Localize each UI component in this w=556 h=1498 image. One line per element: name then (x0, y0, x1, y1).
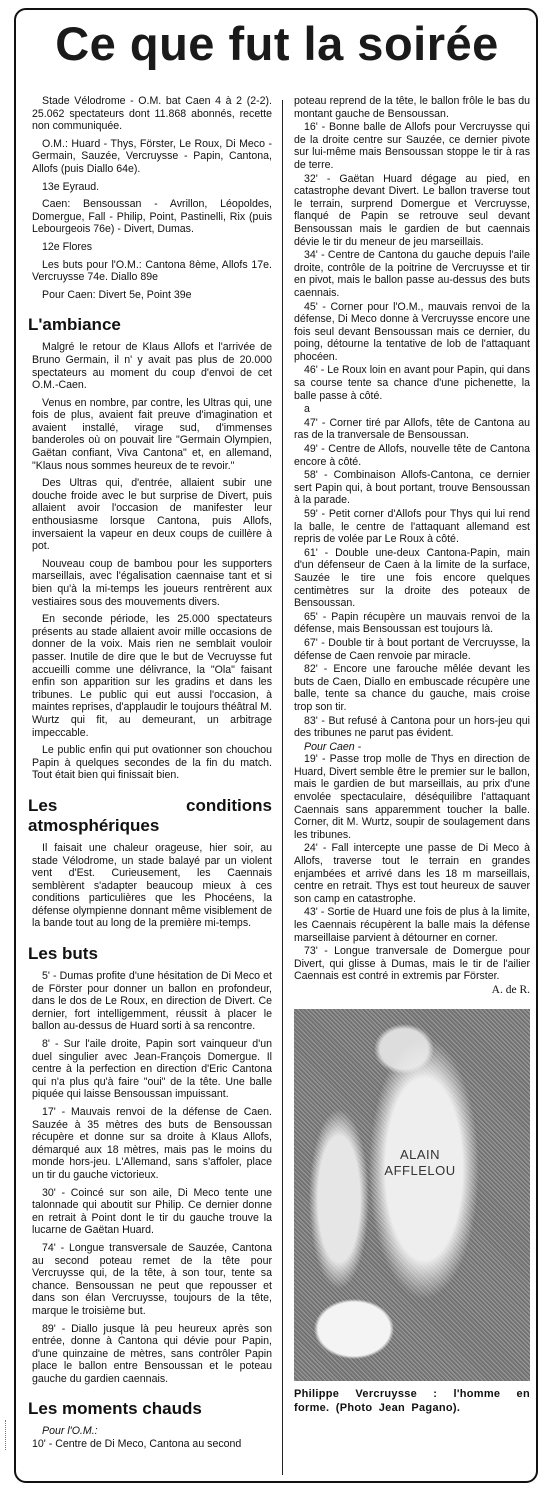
om-goals: Les buts pour l'O.M.: Cantona 8ème, Allo… (32, 259, 272, 284)
author-signature: A. de R. (294, 984, 530, 997)
scan-margin-mark (5, 1420, 12, 1450)
shirt-sponsor-line1: ALAIN (380, 1147, 460, 1163)
moment-entry: 82' - Encore une farouche mêlée devant l… (294, 663, 530, 713)
moment-entry: 49' - Centre de Allofs, nouvelle tête de… (294, 443, 530, 468)
moment-entry: 34' - Centre de Cantona du gauche depuis… (294, 249, 530, 299)
moment-entry: 59' - Petit corner d'Allofs pour Thys qu… (294, 508, 530, 546)
paragraph: Venus en nombre, par contre, les Ultras … (32, 397, 272, 473)
goal-entry: 30' - Coincé sur son aile, Di Meco tente… (32, 1187, 272, 1237)
om-substitute: 13e Eyraud. (32, 181, 272, 194)
photo-caption: Philippe Vercruysse : l'homme en forme. … (294, 1387, 530, 1415)
moment-entry: 32' - Gaëtan Huard dégage au pied, en ca… (294, 173, 530, 249)
paragraph: Des Ultras qui, d'entrée, allaient subir… (32, 477, 272, 553)
caen-lineup: Caen: Bensoussan - Avrillon, Léopoldes, … (32, 198, 272, 236)
moment-entry: poteau reprend de la tête, le ballon frô… (294, 95, 530, 120)
paragraph: Malgré le retour de Klaus Allofs et l'ar… (32, 341, 272, 391)
paragraph: En seconde période, les 25.000 spectateu… (32, 613, 272, 739)
section-heading-ambiance: L'ambiance (28, 315, 272, 335)
goal-entry: 74' - Longue transversale de Sauzée, Can… (32, 1242, 272, 1318)
moment-entry: 61' - Double une-deux Cantona-Papin, mai… (294, 547, 530, 610)
article-title: Ce que fut la soirée (16, 14, 538, 74)
moment-entry: 43' - Sortie de Huard une fois de plus à… (294, 906, 530, 944)
paragraph: Nouveau coup de bambou pour les supporte… (32, 558, 272, 608)
section-heading-conditions: Les conditions atmosphériques (28, 796, 272, 836)
goal-entry: 89' - Diallo jusque là peu heureux après… (32, 1323, 272, 1386)
moment-entry: 58' - Combinaison Allofs-Cantona, ce der… (294, 469, 530, 507)
goal-entry: 8' - Sur l'aile droite, Papin sort vainq… (32, 1038, 272, 1101)
moment-entry: 16' - Bonne balle de Allofs pour Vercruy… (294, 121, 530, 171)
subheading-om: Pour l'O.M.: (42, 1425, 272, 1438)
left-column: Stade Vélodrome - O.M. bat Caen 4 à 2 (2… (32, 95, 272, 1456)
column-divider (282, 100, 283, 1475)
shirt-sponsor-line2: AFFLELOU (380, 1163, 460, 1179)
match-sheet: Stade Vélodrome - O.M. bat Caen 4 à 2 (2… (32, 95, 272, 301)
paragraph: Il faisait une chaleur orageuse, hier so… (32, 842, 272, 930)
caen-goals: Pour Caen: Divert 5e, Point 39e (32, 289, 272, 302)
moment-entry: 24' - Fall intercepte une passe de Di Me… (294, 842, 530, 905)
section-heading-buts: Les buts (28, 944, 272, 964)
subheading-caen: Pour Caen - (304, 741, 530, 754)
moment-entry: 46' - Le Roux loin en avant pour Papin, … (294, 364, 530, 402)
goal-entry: 5' - Dumas profite d'une hésitation de D… (32, 970, 272, 1033)
moment-entry: 73' - Longue tranversale de Domergue pou… (294, 945, 530, 983)
moment-entry: 45' - Corner pour l'O.M., mauvais renvoi… (294, 301, 530, 364)
moment-entry: 83' - But refusé à Cantona pour un hors-… (294, 715, 530, 740)
caen-substitute: 12e Flores (32, 241, 272, 254)
moment-entry: 65' - Papin récupère un mauvais renvoi d… (294, 611, 530, 636)
section-heading-moments: Les moments chauds (28, 1399, 272, 1419)
player-photo: ALAIN AFFLELOU (294, 1009, 530, 1381)
moment-entry: 19' - Passe trop molle de Thys en direct… (294, 753, 530, 841)
shirt-sponsor: ALAIN AFFLELOU (380, 1147, 460, 1179)
om-lineup: O.M.: Huard - Thys, Förster, Le Roux, Di… (32, 138, 272, 176)
stray-mark: a (294, 403, 530, 416)
moment-entry: 10' - Centre de Di Meco, Cantona au seco… (32, 1438, 272, 1451)
paragraph: Le public enfin qui put ovationner son c… (32, 744, 272, 782)
moment-entry: 67' - Double tir à bout portant de Vercr… (294, 637, 530, 662)
right-column: poteau reprend de la tête, le ballon frô… (294, 95, 530, 1415)
moment-entry: 47' - Corner tiré par Allofs, tête de Ca… (294, 417, 530, 442)
goal-entry: 17' - Mauvais renvoi de la défense de Ca… (32, 1106, 272, 1182)
match-result: Stade Vélodrome - O.M. bat Caen 4 à 2 (2… (32, 95, 272, 133)
